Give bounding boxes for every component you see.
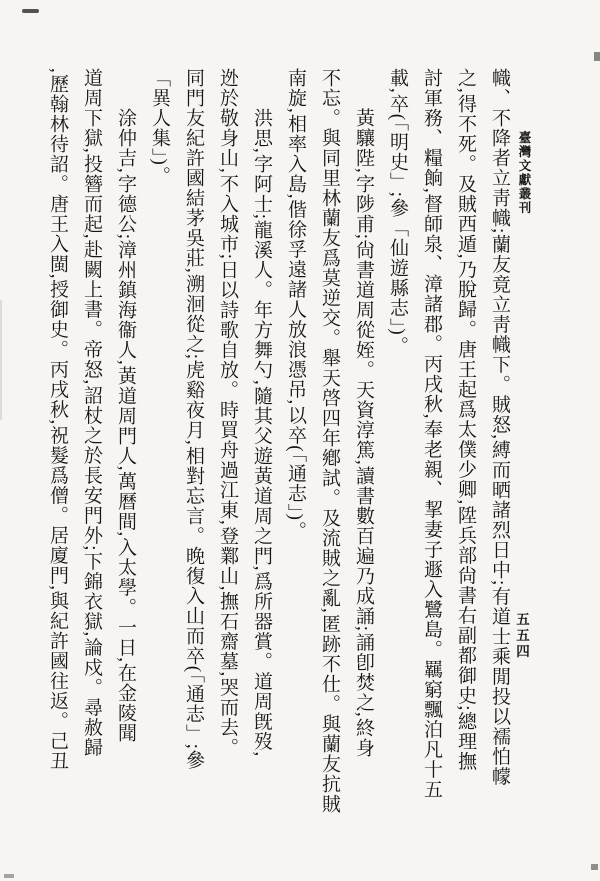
text-column: 不忘。與同里林蘭友爲莫逆交。舉天啓四年鄕試。及流賊之亂,匿跡不仕。與蘭友抗賊 xyxy=(317,68,341,834)
text-column: 洪思,字阿士;龍溪人。年方舞勺,隨其父遊黃道周之門,爲所器賞。道周旣歿, xyxy=(249,108,273,834)
page-number: 五五四 xyxy=(511,612,531,660)
text-column: 道周下獄,投簪而起,赴闕上書。帝怒,詔杖之於長安門外;下錦衣獄,論戍。尋赦歸 xyxy=(79,68,103,834)
publication-title: 臺灣文獻叢刊 xyxy=(514,131,534,215)
scan-artifact xyxy=(591,864,598,870)
scan-artifact xyxy=(0,300,2,420)
text-column: 迯於敬身山,不入城市;日以詩歌自放。時買舟過江東,登鄴山,撫石齋墓,哭而去。 xyxy=(215,68,239,834)
book-page: 臺灣文獻叢刊 五五四 幟、不降者立靑幟;蘭友竟立靑幟下。賊怒,縛而晒諸烈日中;有… xyxy=(0,0,600,881)
text-column: ,歷翰林待詔。唐王入閩,授御史。丙戌秋,祝髮爲僧。居廈門,與紀許國往返。己丑 xyxy=(45,68,69,834)
scan-artifact xyxy=(594,52,600,61)
scan-artifact xyxy=(22,9,39,13)
text-column: 之,得不死。及賊西遁,乃脫歸。唐王起爲太僕少卿,陞兵部尙書右副都御史;總理撫 xyxy=(453,68,477,834)
text-column: 黃驤陛,字陟甫;尙書道周從姪。天資淳篤,讀書數百遍乃成誦;誦卽焚之,終身 xyxy=(351,108,375,834)
scan-artifact xyxy=(4,874,14,878)
text-column: 同門友紀許國結茅吳莊,溯洄從之;虎谿夜月,相對忘言。晚復入山而卒(「通志」;參 xyxy=(181,68,205,834)
text-column: 「異人集」)。 xyxy=(147,68,171,834)
text-column: 討軍務、糧餉,督師泉、漳諸郡。丙戌秋,奉老親、挈妻子遯入鷺島。羈窮飄泊凡十五 xyxy=(419,68,443,834)
text-column: 幟、不降者立靑幟;蘭友竟立靑幟下。賊怒,縛而晒諸烈日中;有道士乘閒投以襦怕幪 xyxy=(487,68,511,834)
text-column: 載,卒(「明史」;參「仙遊縣志」)。 xyxy=(385,68,409,834)
text-column: 涂仲吉,字德公;漳州鎮海衞人,黃道周門人,萬曆間,入太學。一日,在金陵聞 xyxy=(113,108,137,834)
text-column: 南旋,相率入島,偕徐孚遠諸人放浪憑吊,以卒(「通志」)。 xyxy=(283,68,307,834)
